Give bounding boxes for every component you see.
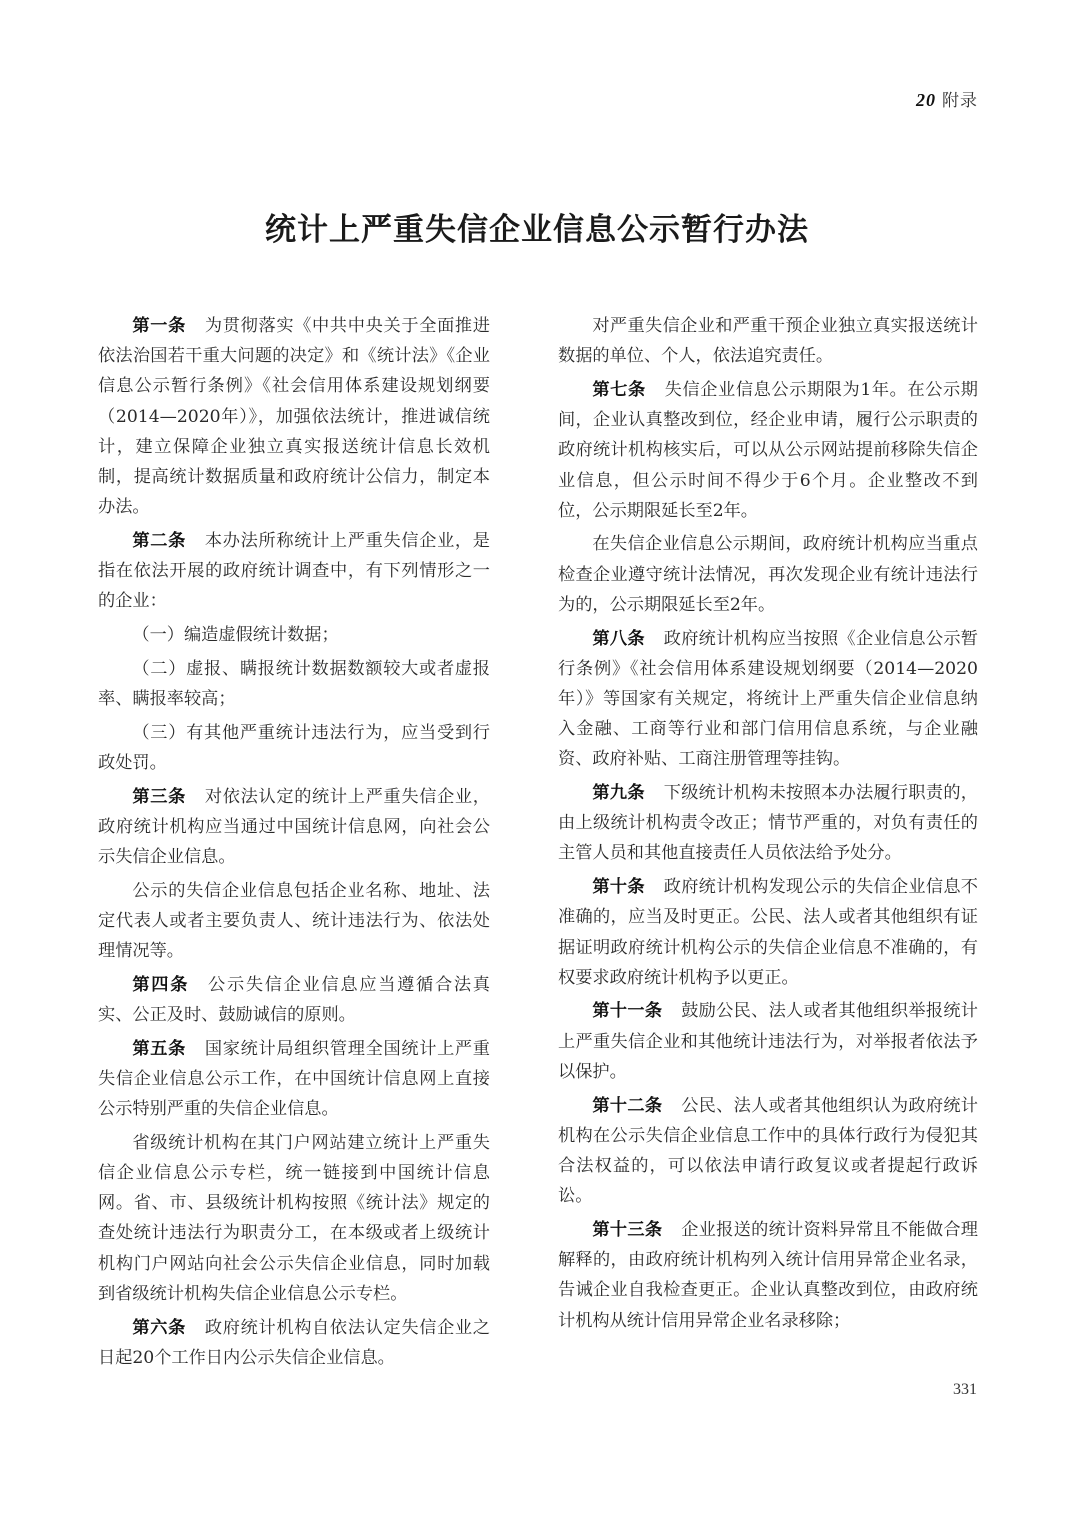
article-text: 为贯彻落实《中共中央关于全面推进依法治国若干重大问题的决定》和《统计法》《企业信… [98, 316, 490, 517]
running-head: 20附录 [916, 86, 978, 111]
item-text: （一）编造虚假统计数据； [132, 625, 338, 645]
article-label: 第七条 [592, 380, 645, 400]
article-2-item-3: （三）有其他严重统计违法行为，应当受到行政处罚。 [98, 718, 490, 778]
article-2-item-2: （二）虚报、瞒报统计数据数额较大或者虚报率、瞒报率较高； [98, 654, 490, 714]
article-9: 第九条下级统计机构未按照本办法履行职责的，由上级统计机构责令改正；情节严重的，对… [558, 778, 978, 869]
article-label: 第八条 [592, 629, 644, 649]
item-text: （二）虚报、瞒报统计数据数额较大或者虚报率、瞒报率较高； [98, 659, 490, 709]
paragraph-text: 对严重失信企业和严重干预企业独立真实报送统计数据的单位、个人，依法追究责任。 [558, 316, 978, 366]
section-name: 附录 [942, 91, 978, 111]
article-1: 第一条为贯彻落实《中共中央关于全面推进依法治国若干重大问题的决定》和《统计法》《… [98, 311, 490, 522]
article-text: 失信企业信息公示期限为1年。在公示期间，企业认真整改到位，经企业申请，履行公示职… [558, 380, 978, 521]
article-3: 第三条对依法认定的统计上严重失信企业，政府统计机构应当通过中国统计信息网，向社会… [98, 782, 490, 873]
article-label: 第二条 [132, 531, 186, 551]
article-label: 第十二条 [592, 1096, 662, 1116]
article-text: 政府统计机构应当按照《企业信息公示暂行条例》《社会信用体系建设规划纲要（2014… [558, 629, 978, 770]
article-label: 第九条 [592, 783, 644, 803]
article-label: 第四条 [132, 975, 189, 995]
page-number: 331 [953, 1381, 977, 1399]
article-label: 第六条 [132, 1318, 186, 1338]
left-column: 第一条为贯彻落实《中共中央关于全面推进依法治国若干重大问题的决定》和《统计法》《… [98, 311, 490, 1376]
right-column: 对严重失信企业和严重干预企业独立真实报送统计数据的单位、个人，依法追究责任。 第… [558, 311, 978, 1339]
article-2: 第二条本办法所称统计上严重失信企业，是指在依法开展的政府统计调查中，有下列情形之… [98, 526, 490, 617]
article-13: 第十三条企业报送的统计资料异常且不能做合理解释的，由政府统计机构列入统计信用异常… [558, 1215, 978, 1336]
article-label: 第十一条 [592, 1001, 662, 1021]
article-7: 第七条失信企业信息公示期限为1年。在公示期间，企业认真整改到位，经企业申请，履行… [558, 375, 978, 526]
article-7-para-2: 在失信企业信息公示期间，政府统计机构应当重点检查企业遵守统计法情况，再次发现企业… [558, 529, 978, 620]
article-6: 第六条政府统计机构自依法认定失信企业之日起20个工作日内公示失信企业信息。 [98, 1313, 490, 1373]
article-label: 第十条 [592, 877, 644, 897]
paragraph-text: 在失信企业信息公示期间，政府统计机构应当重点检查企业遵守统计法情况，再次发现企业… [558, 534, 978, 614]
article-5: 第五条国家统计局组织管理全国统计上严重失信企业信息公示工作，在中国统计信息网上直… [98, 1034, 490, 1125]
article-12: 第十二条公民、法人或者其他组织认为政府统计机构在公示失信企业信息工作中的具体行政… [558, 1091, 978, 1212]
page-title: 统计上严重失信企业信息公示暂行办法 [0, 204, 1074, 249]
article-3-para-2: 公示的失信企业信息包括企业名称、地址、法定代表人或者主要负责人、统计违法行为、依… [98, 876, 490, 967]
article-10: 第十条政府统计机构发现公示的失信企业信息不准确的，应当及时更正。公民、法人或者其… [558, 872, 978, 993]
article-4: 第四条公示失信企业信息应当遵循合法真实、公正及时、鼓励诚信的原则。 [98, 970, 490, 1030]
paragraph-text: 省级统计机构在其门户网站建立统计上严重失信企业信息公示专栏，统一链接到中国统计信… [98, 1133, 490, 1304]
article-11: 第十一条鼓励公民、法人或者其他组织举报统计上严重失信企业和其他统计违法行为，对举… [558, 996, 978, 1087]
article-2-item-1: （一）编造虚假统计数据； [98, 620, 490, 650]
article-5-para-2: 省级统计机构在其门户网站建立统计上严重失信企业信息公示专栏，统一链接到中国统计信… [98, 1128, 490, 1309]
article-label: 第十三条 [592, 1220, 662, 1240]
article-6-para-2: 对严重失信企业和严重干预企业独立真实报送统计数据的单位、个人，依法追究责任。 [558, 311, 978, 371]
item-text: （三）有其他严重统计违法行为，应当受到行政处罚。 [98, 723, 490, 773]
article-label: 第一条 [132, 316, 186, 336]
paragraph-text: 公示的失信企业信息包括企业名称、地址、法定代表人或者主要负责人、统计违法行为、依… [98, 881, 490, 961]
article-8: 第八条政府统计机构应当按照《企业信息公示暂行条例》《社会信用体系建设规划纲要（2… [558, 624, 978, 775]
article-label: 第三条 [132, 787, 186, 807]
article-label: 第五条 [132, 1039, 186, 1059]
chapter-number: 20 [916, 90, 936, 110]
